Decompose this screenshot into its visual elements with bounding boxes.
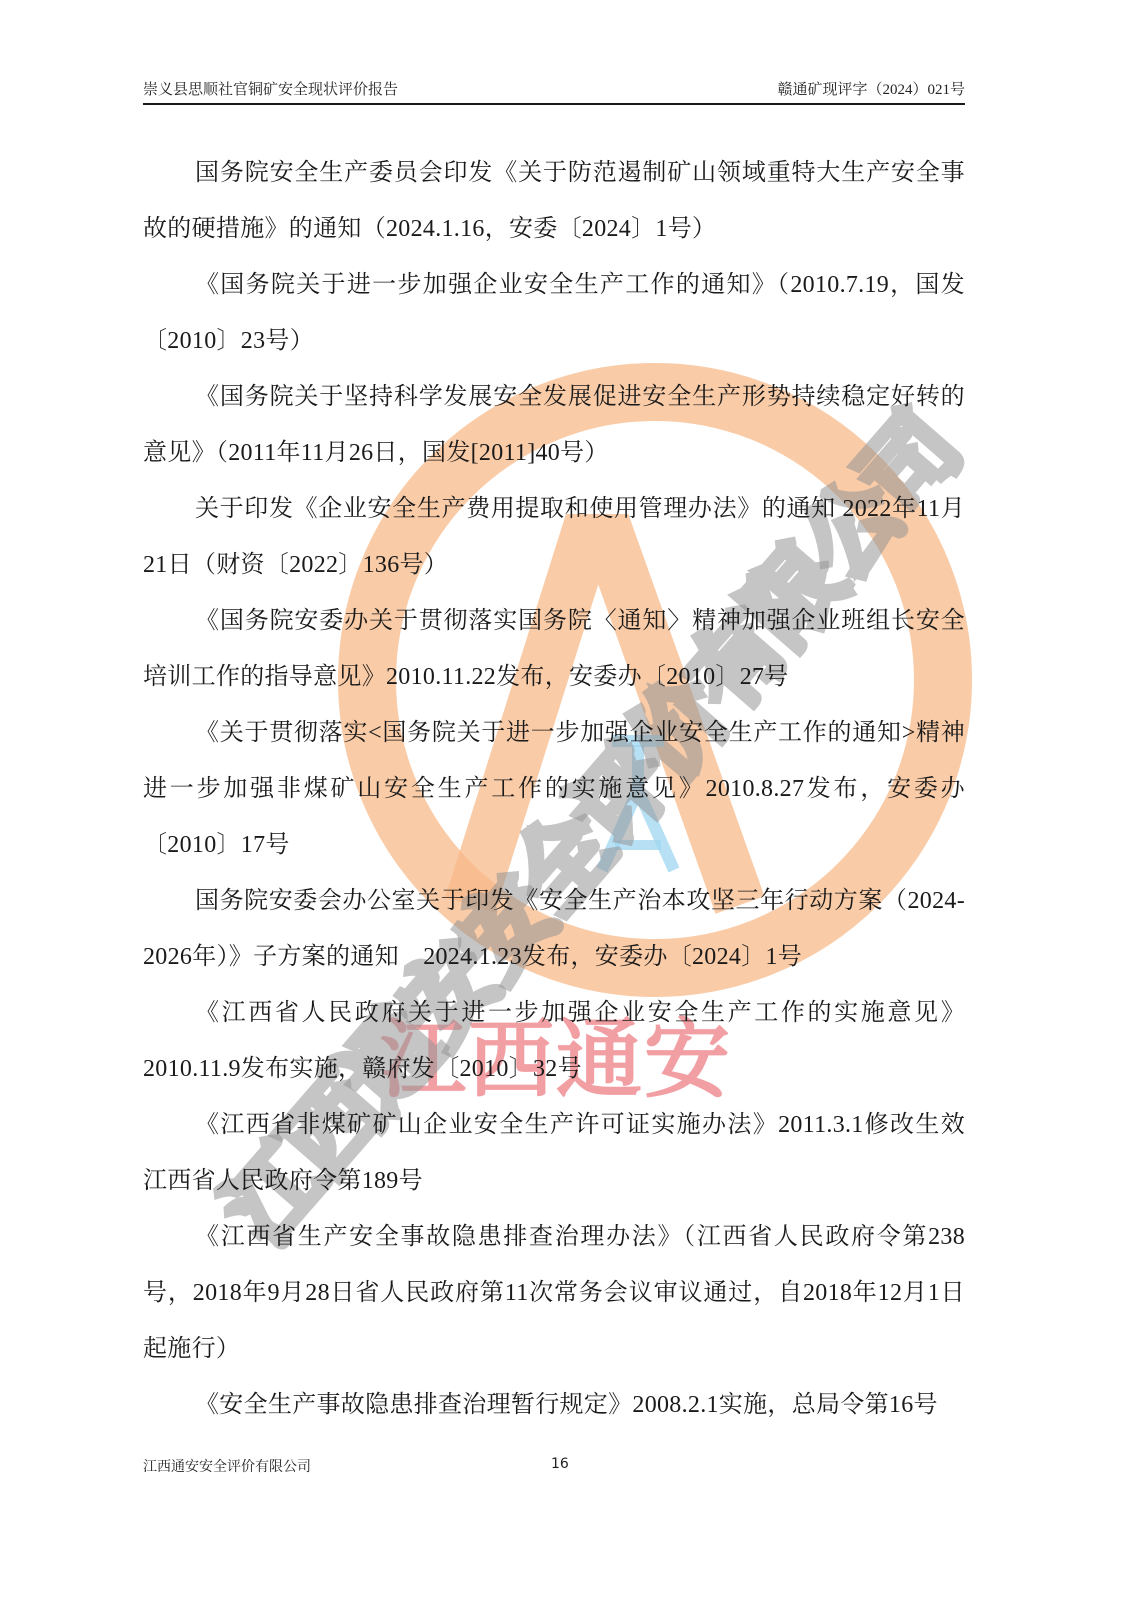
header-divider (143, 103, 965, 105)
regulation-item: 《江西省生产安全事故隐患排查治理办法》（江西省人民政府令第238号，2018年9… (143, 1209, 965, 1377)
regulation-item: 《国务院安委办关于贯彻落实国务院〈通知〉精神加强企业班组长安全培训工作的指导意见… (143, 593, 965, 705)
regulation-item: 关于印发《企业安全生产费用提取和使用管理办法》的通知 2022年11月21日（财… (143, 481, 965, 593)
regulation-item: 《关于贯彻落实<国务院关于进一步加强企业安全生产工作的通知>精神进一步加强非煤矿… (143, 705, 965, 873)
regulation-item: 《江西省人民政府关于进一步加强企业安全生产工作的实施意见》2010.11.9发布… (143, 985, 965, 1097)
report-title: 崇义县思顺社官铜矿安全现状评价报告 (143, 78, 398, 99)
report-number: 赣通矿现评字（2024）021号 (777, 78, 965, 99)
regulation-item: 《国务院关于进一步加强企业安全生产工作的通知》（2010.7.19，国发〔201… (143, 257, 965, 369)
regulation-item: 《安全生产事故隐患排查治理暂行规定》2008.2.1实施，总局令第16号 (143, 1377, 965, 1433)
regulation-item: 《国务院关于坚持科学发展安全发展促进安全生产形势持续稳定好转的意见》（2011年… (143, 369, 965, 481)
footer-company: 江西通安安全评价有限公司 (143, 1456, 311, 1476)
page-number: 16 (551, 1456, 569, 1472)
regulation-item: 国务院安委会办公室关于印发《安全生产治本攻坚三年行动方案（2024-2026年）… (143, 873, 965, 985)
regulation-item: 国务院安全生产委员会印发《关于防范遏制矿山领域重特大生产安全事故的硬措施》的通知… (143, 145, 965, 257)
document-body: 国务院安全生产委员会印发《关于防范遏制矿山领域重特大生产安全事故的硬措施》的通知… (143, 145, 965, 1433)
running-header: 崇义县思顺社官铜矿安全现状评价报告 赣通矿现评字（2024）021号 (143, 78, 965, 102)
document-page: 江西通安 江西通安安全评价有限公司 崇义县思顺社官铜矿安全现状评价报告 赣通矿现… (0, 0, 1131, 1600)
regulation-item: 《江西省非煤矿矿山企业安全生产许可证实施办法》2011.3.1修改生效 江西省人… (143, 1097, 965, 1209)
